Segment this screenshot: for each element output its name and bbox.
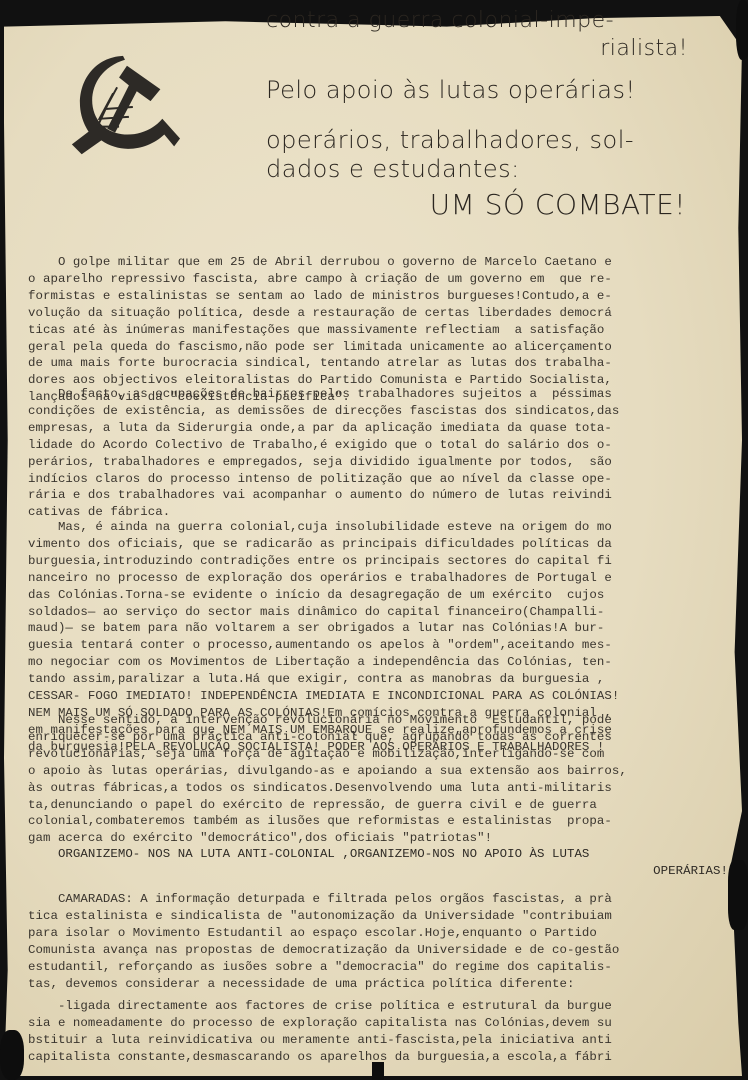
text-line: maud)— se batem para não voltarem a ser … — [28, 620, 700, 637]
text-line: ta,denunciando o papel do exército de re… — [28, 797, 700, 814]
text-line: o apoio às lutas operárias, divulgando-a… — [28, 763, 700, 780]
text-line: às outras fábricas,a todos os sindicatos… — [28, 780, 700, 797]
text-line: das Colónias.Torna-se evidente o início … — [28, 587, 700, 604]
text-line: tando assim,paralizar a luta.Há que exig… — [28, 671, 700, 688]
text-line: gam acerca do exército "democrático",dos… — [28, 830, 700, 847]
paragraph-1: O golpe militar que em 25 de Abril derru… — [28, 254, 700, 406]
text-line: CAMARADAS: A informação deturpada e filt… — [28, 891, 700, 908]
text-line: burguesia,introduzindo contradições entr… — [28, 553, 700, 570]
text-line: nanceiro no processo de exploração dos o… — [28, 570, 700, 587]
text-line: lidade do Acordo Colectivo de Trabalho,é… — [28, 437, 700, 454]
text-line: mo negociar com os Movimentos de Liberta… — [28, 654, 700, 671]
text-line: ORGANIZEMO- NOS NA LUTA ANTI-COLONIAL ,O… — [28, 846, 700, 863]
text-line: ticas até às inúmeras manifestações que … — [28, 322, 700, 339]
text-line: tas, devemos considerar a necessidade de… — [28, 976, 700, 993]
text-line: bstituir a luta reinvidicativa ou merame… — [28, 1032, 700, 1049]
text-line: capitalista constante,desmascarando os a… — [28, 1049, 700, 1066]
text-line: O golpe militar que em 25 de Abril derru… — [28, 254, 700, 271]
text-line: colonial,combateremos também as ilusões … — [28, 813, 700, 830]
text-line: Nesse sentido, a intervenção revolucioná… — [28, 712, 700, 729]
text-line: o aparelho repressivo fascista, abre cam… — [28, 271, 700, 288]
paragraph-6: -ligada directamente aos factores de cri… — [28, 998, 700, 1066]
text-line: De facto, as ocupações de bairros pelos … — [28, 386, 700, 403]
text-line: formistas e estalinistas se sentam ao la… — [28, 288, 700, 305]
text-line: enriquecer-se por uma práctica anti-colo… — [28, 729, 700, 746]
text-line: Comunista avança nas propostas de democr… — [28, 942, 700, 959]
text-line: soldados— ao serviço do sector mais dinâ… — [28, 604, 700, 621]
text-line: empresas, a luta da Siderurgia onde,a pa… — [28, 420, 700, 437]
text-line: estudantil, reforçando as iusões sobre a… — [28, 959, 700, 976]
paragraph-2: De facto, as ocupações de bairros pelos … — [28, 386, 700, 521]
slogan-line-2: rialista! — [600, 36, 688, 61]
text-line: CESSAR- FOGO IMEDIATO! INDEPENDÊNCIA IME… — [28, 688, 700, 705]
hammer-sickle-emblem-icon — [64, 48, 182, 166]
text-line: de uma mais forte burocracia sindical, t… — [28, 355, 700, 372]
page-damage — [736, 0, 748, 60]
paragraph-5: CAMARADAS: A informação deturpada e filt… — [28, 891, 700, 992]
text-line: sia e nomeadamente do processo de explor… — [28, 1015, 700, 1032]
text-line: volução da situação política, desde a re… — [28, 305, 700, 322]
text-line: -ligada directamente aos factores de cri… — [28, 998, 700, 1015]
text-line: rária e dos trabalhadores vai acompanhar… — [28, 487, 700, 504]
page-damage — [728, 860, 748, 930]
slogan-line-1: contra a guerra colonial-impe- — [266, 8, 614, 33]
text-line: perários, trabalhadores e empregados, se… — [28, 454, 700, 471]
slogan-line-4: operários, trabalhadores, sol- — [266, 126, 634, 154]
slogan-right-line: OPERÁRIAS! — [28, 863, 728, 880]
paragraph-4: Nesse sentido, a intervenção revolucioná… — [28, 712, 700, 847]
text-line: condições de existência, as demissões de… — [28, 403, 700, 420]
slogan-main-title: UM SÓ COMBATE! — [430, 188, 686, 221]
text-line: para isolar o Movimento Estudantil ao es… — [28, 925, 700, 942]
text-line: indícios claros do processo intenso de p… — [28, 471, 700, 488]
text-line: vimento dos oficiais, que se radicarão a… — [28, 536, 700, 553]
slogan-workers-support: Pelo apoio às lutas operárias! — [266, 76, 636, 104]
paragraph-slogan-organize: ORGANIZEMO- NOS NA LUTA ANTI-COLONIAL ,O… — [28, 846, 700, 863]
text-line: guesia tentará conter o processo,aumenta… — [28, 637, 700, 654]
text-line: Mas, é ainda na guerra colonial,cuja ins… — [28, 519, 700, 536]
slogan-line-5: dados e estudantes: — [266, 155, 520, 183]
text-line: tica estalinista e sindicalista de "auto… — [28, 908, 700, 925]
text-line: revolucionárias, seja uma força de agita… — [28, 746, 700, 763]
text-line: geral pela queda do fascismo,não pode se… — [28, 339, 700, 356]
page-damage — [0, 1030, 24, 1080]
